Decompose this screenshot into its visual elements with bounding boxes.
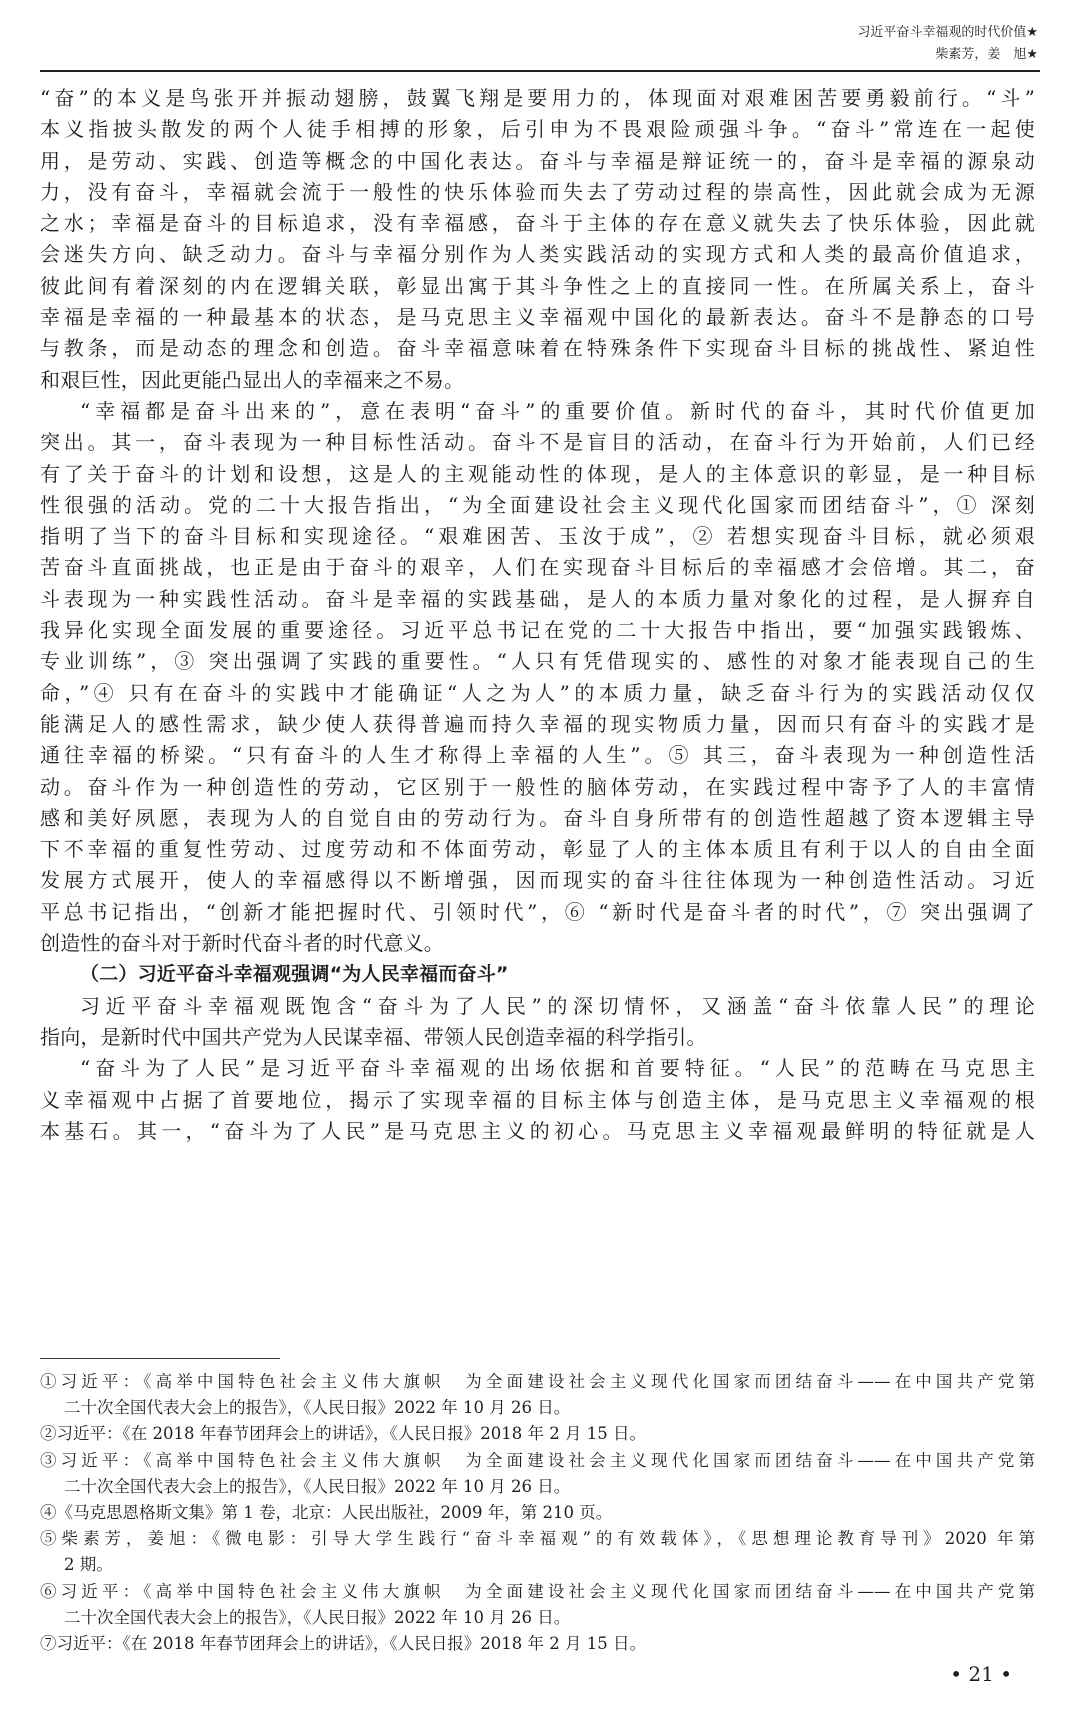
body-line: “幸福都是奋斗出来的”，意在表明“奋斗”的重要价值。新时代的奋斗，其时代价值更加 xyxy=(40,396,1035,427)
body-text: “奋”的本义是鸟张开并振动翅膀，鼓翼飞翔是要用力的，体现面对艰难困苦要勇毅前行。… xyxy=(40,83,1035,1147)
header-rule xyxy=(40,70,1040,72)
body-line: 专业训练”，③ 突出强调了实践的重要性。“人只有凭借现实的、感性的对象才能表现自… xyxy=(40,646,1035,677)
running-head-title: 习近平奋斗幸福观的时代价值★ xyxy=(857,22,1038,44)
footnote-line: 二十次全国代表大会上的报告》，《人民日报》2022 年 10 月 26 日。 xyxy=(40,1605,1035,1631)
footnote-2: ②习近平：《在 2018 年春节团拜会上的讲话》，《人民日报》2018 年 2 … xyxy=(40,1421,1035,1447)
footnote-6: ⑥习近平：《高举中国特色社会主义伟大旗帜 为全面建设社会主义现代化国家而团结奋斗… xyxy=(40,1579,1035,1631)
body-line: 彼此间有着深刻的内在逻辑关联，彰显出寓于其斗争性之上的直接同一性。在所属关系上，… xyxy=(40,271,1035,302)
body-line: 发展方式展开，使人的幸福感得以不断增强，因而现实的奋斗往往体现为一种创造性活动。… xyxy=(40,865,1035,896)
footnote-line: ⑤柴素芳，姜旭：《微电影：引导大学生践行“奋斗幸福观”的有效载体》，《思想理论教… xyxy=(40,1526,1035,1552)
footnote-4: ④《马克思恩格斯文集》第 1 卷，北京：人民出版社，2009 年，第 210 页… xyxy=(40,1500,1035,1526)
footnote-line: 二十次全国代表大会上的报告》，《人民日报》2022 年 10 月 26 日。 xyxy=(40,1474,1035,1500)
body-line: 和艰巨性，因此更能凸显出人的幸福来之不易。 xyxy=(40,365,1035,396)
body-line: 习近平奋斗幸福观既饱含“奋斗为了人民”的深切情怀，又涵盖“奋斗依靠人民”的理论 xyxy=(40,991,1035,1022)
body-line: 本义指披头散发的两个人徒手相搏的形象，后引申为不畏艰险顽强斗争。“奋斗”常连在一… xyxy=(40,114,1035,145)
footnotes: ①习近平：《高举中国特色社会主义伟大旗帜 为全面建设社会主义现代化国家而团结奋斗… xyxy=(40,1369,1035,1657)
body-line: 本基石。其一，“奋斗为了人民”是马克思主义的初心。马克思主义幸福观最鲜明的特征就… xyxy=(40,1116,1035,1147)
running-head-authors: 柴素芳，姜 旭★ xyxy=(857,44,1038,66)
body-line: 创造性的奋斗对于新时代奋斗者的时代意义。 xyxy=(40,928,1035,959)
body-line: 之水；幸福是奋斗的目标追求，没有幸福感，奋斗于主体的存在意义就失去了快乐体验，因… xyxy=(40,208,1035,239)
body-line: “奋斗为了人民”是习近平奋斗幸福观的出场依据和首要特征。“人民”的范畴在马克思主 xyxy=(40,1053,1035,1084)
body-line: 幸福是幸福的一种最基本的状态，是马克思主义幸福观中国化的最新表达。奋斗不是静态的… xyxy=(40,302,1035,333)
footnote-line: 2 期。 xyxy=(40,1552,1035,1578)
running-head: 习近平奋斗幸福观的时代价值★ 柴素芳，姜 旭★ xyxy=(857,22,1038,66)
body-line: 义幸福观中占据了首要地位，揭示了实现幸福的目标主体与创造主体，是马克思主义幸福观… xyxy=(40,1085,1035,1116)
footnote-line: ①习近平：《高举中国特色社会主义伟大旗帜 为全面建设社会主义现代化国家而团结奋斗… xyxy=(40,1369,1035,1395)
body-line: 指向，是新时代中国共产党为人民谋幸福、带领人民创造幸福的科学指引。 xyxy=(40,1022,1035,1053)
body-line: 与教条，而是动态的理念和创造。奋斗幸福意味着在特殊条件下实现奋斗目标的挑战性、紧… xyxy=(40,333,1035,364)
body-line: 指明了当下的奋斗目标和实现途径。“艰难困苦、玉汝于成”，② 若想实现奋斗目标，就… xyxy=(40,521,1035,552)
body-line: 力，没有奋斗，幸福就会流于一般性的快乐体验而失去了劳动过程的崇高性，因此就会成为… xyxy=(40,177,1035,208)
body-line: 感和美好夙愿，表现为人的自觉自由的劳动行为。奋斗自身所带有的创造性超越了资本逻辑… xyxy=(40,803,1035,834)
body-line: 苦奋斗直面挑战，也正是由于奋斗的艰辛，人们在实现奋斗目标后的幸福感才会倍增。其二… xyxy=(40,552,1035,583)
footnote-line: ③习近平：《高举中国特色社会主义伟大旗帜 为全面建设社会主义现代化国家而团结奋斗… xyxy=(40,1448,1035,1474)
body-line: 用，是劳动、实践、创造等概念的中国化表达。奋斗与幸福是辩证统一的，奋斗是幸福的源… xyxy=(40,146,1035,177)
body-line: 有了关于奋斗的计划和设想，这是人的主观能动性的体现，是人的主体意识的彰显，是一种… xyxy=(40,459,1035,490)
footnote-3: ③习近平：《高举中国特色社会主义伟大旗帜 为全面建设社会主义现代化国家而团结奋斗… xyxy=(40,1448,1035,1500)
body-line: 通往幸福的桥梁。“只有奋斗的人生才称得上幸福的人生”。⑤ 其三，奋斗表现为一种创… xyxy=(40,740,1035,771)
body-line: 我异化实现全面发展的重要途径。习近平总书记在党的二十大报告中指出，要“加强实践锻… xyxy=(40,615,1035,646)
body-line: 动。奋斗作为一种创造性的劳动，它区别于一般性的脑体劳动，在实践过程中寄予了人的丰… xyxy=(40,772,1035,803)
footnote-rule xyxy=(40,1358,280,1359)
footnote-line: ⑥习近平：《高举中国特色社会主义伟大旗帜 为全面建设社会主义现代化国家而团结奋斗… xyxy=(40,1579,1035,1605)
section-heading: （二）习近平奋斗幸福观强调“为人民幸福而奋斗” xyxy=(40,959,1035,990)
body-line: “奋”的本义是鸟张开并振动翅膀，鼓翼飞翔是要用力的，体现面对艰难困苦要勇毅前行。… xyxy=(40,83,1035,114)
footnote-5: ⑤柴素芳，姜旭：《微电影：引导大学生践行“奋斗幸福观”的有效载体》，《思想理论教… xyxy=(40,1526,1035,1578)
footnote-line: ④《马克思恩格斯文集》第 1 卷，北京：人民出版社，2009 年，第 210 页… xyxy=(40,1500,1035,1526)
footnote-line: 二十次全国代表大会上的报告》，《人民日报》2022 年 10 月 26 日。 xyxy=(40,1395,1035,1421)
document-page: 习近平奋斗幸福观的时代价值★ 柴素芳，姜 旭★ “奋”的本义是鸟张开并振动翅膀，… xyxy=(0,0,1080,1724)
body-line: 平总书记指出，“创新才能把握时代、引领时代”，⑥ “新时代是奋斗者的时代”，⑦ … xyxy=(40,897,1035,928)
body-line: 下不幸福的重复性劳动、过度劳动和不体面劳动，彰显了人的主体本质且有利于以人的自由… xyxy=(40,834,1035,865)
page-number: • 21 • xyxy=(950,1662,1012,1686)
body-line: 能满足人的感性需求，缺少使人获得普遍而持久幸福的现实物质力量，因而只有奋斗的实践… xyxy=(40,709,1035,740)
footnote-1: ①习近平：《高举中国特色社会主义伟大旗帜 为全面建设社会主义现代化国家而团结奋斗… xyxy=(40,1369,1035,1421)
body-line: 突出。其一，奋斗表现为一种目标性活动。奋斗不是盲目的活动，在奋斗行为开始前，人们… xyxy=(40,427,1035,458)
body-line: 会迷失方向、缺乏动力。奋斗与幸福分别作为人类实践活动的实现方式和人类的最高价值追… xyxy=(40,239,1035,270)
body-line: 斗表现为一种实践性活动。奋斗是幸福的实践基础，是人的本质力量对象化的过程，是人摒… xyxy=(40,584,1035,615)
footnote-line: ⑦习近平：《在 2018 年春节团拜会上的讲话》，《人民日报》2018 年 2 … xyxy=(40,1631,1035,1657)
body-line: 性很强的活动。党的二十大报告指出，“为全面建设社会主义现代化国家而团结奋斗”，①… xyxy=(40,490,1035,521)
footnote-7: ⑦习近平：《在 2018 年春节团拜会上的讲话》，《人民日报》2018 年 2 … xyxy=(40,1631,1035,1657)
body-line: 命，”④ 只有在奋斗的实践中才能确证“人之为人”的本质力量，缺乏奋斗行为的实践活… xyxy=(40,678,1035,709)
footnote-line: ②习近平：《在 2018 年春节团拜会上的讲话》，《人民日报》2018 年 2 … xyxy=(40,1421,1035,1447)
